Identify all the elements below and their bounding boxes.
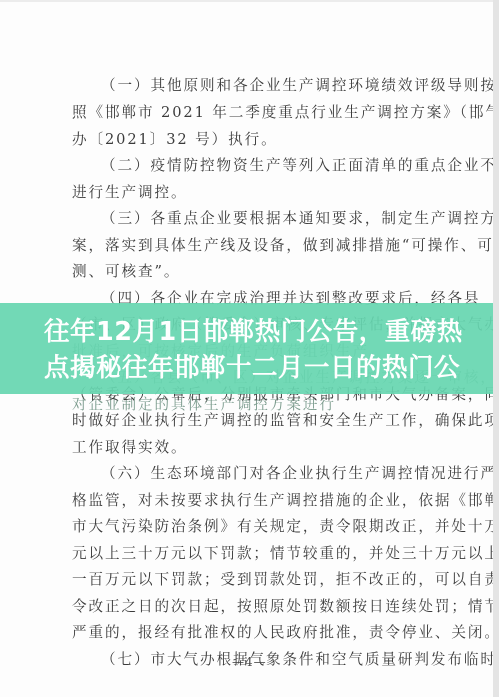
document-line: （三）各重点企业要根据本通知要求，制定生产调控方	[101, 209, 422, 229]
document-line: 格监管，对未按要求执行生产调控措施的企业，依据《邯郸	[72, 491, 422, 511]
document-line: 严重的，报经有批准权的人民政府批准，责令停业、关闭。	[72, 623, 422, 643]
document-line: （六）生态环境部门对各企业执行生产调控情况进行严	[101, 464, 422, 484]
document-line: 案，落实到具体生产线及设备，做到减排措施“可操作、可监	[72, 236, 422, 256]
document-line: 办〔2021〕32 号）执行。	[72, 130, 422, 150]
document-line: 一百万元以下罚款；受到罚款处罚，拒不改正的，可以自责	[72, 570, 422, 590]
document-line: 测、可核查”。	[72, 262, 422, 282]
document-line: 时做好企业执行生产调控的监管和安全生产工作，确保此项	[72, 411, 422, 431]
title-banner: 往年12月1日邯郸热门公告，重磅热 点揭秘往年邯郸十二月一日的热门公	[0, 303, 493, 394]
document-line: （二）疫情防控物资生产等列入正面清单的重点企业不	[101, 156, 422, 176]
document-line: 元以上三十万元以下罚款；情节较重的，并处三十万元以上	[72, 544, 422, 564]
banner-title-line-2: 点揭秘往年邯郸十二月一日的热门公	[44, 350, 474, 386]
document-line: 进行生产调控。	[72, 183, 422, 203]
document-line: 照《邯郸市 2021 年二季度重点行业生产调控方案》（邯气领	[72, 103, 422, 123]
document-line: （一）其他原则和各企业生产调控环境绩效评级导则按	[101, 76, 422, 96]
document-line: 市大气污染防治条例》有关规定，责令限期改正，并处十万	[72, 517, 422, 537]
document-line: 令改正之日的次日起，按照原处罚数额按日连续处罚；情节	[72, 597, 422, 617]
page-edge	[493, 0, 499, 697]
banner-title-line-1: 往年12月1日邯郸热门公告，重磅热	[44, 314, 474, 350]
document-line: 工作取得实效。	[72, 438, 422, 458]
banner-title: 往年12月1日邯郸热门公告，重磅热 点揭秘往年邯郸十二月一日的热门公	[44, 314, 474, 386]
page-number: —4—	[232, 655, 267, 669]
